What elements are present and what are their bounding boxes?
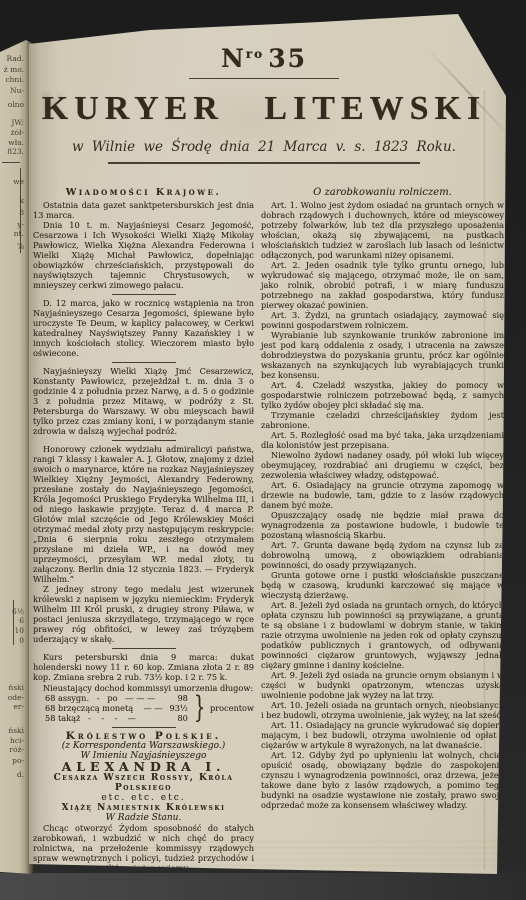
centered-etc-line: etc. etc. etc.	[33, 793, 254, 803]
dateline: w Wilnie we Środę dnia 21 Marca v. s. 18…	[29, 139, 499, 155]
newspaper-title: KURYER LITEWSKI	[29, 90, 499, 128]
facing-page-fragment: ński	[8, 684, 24, 692]
rates-unit-label: procentow	[210, 703, 254, 713]
paragraph: Honorowy członek wydziału admiralicyi pa…	[33, 444, 254, 584]
centered-subheading: W Radzie Stanu.	[33, 813, 254, 823]
scanned-newspaper-background: Rad.ż mo.chni.Nu-olnoJW:żół-wła.823.wek8…	[0, 0, 526, 900]
facing-page-fragment: róż-	[9, 746, 24, 754]
exchange-rates-intro: Nieustający dochod kommissyi umorzenia d…	[33, 683, 254, 693]
article-heading: O zarobkowaniu rolniczem.	[261, 188, 504, 198]
facing-page-fragment: nt.	[14, 230, 24, 238]
exchange-rates-body: 68 assygn. - po — — —9868 brzęczącą mone…	[33, 693, 254, 723]
paragraph: Art. 11. Osiadający na gruncie wykrudowa…	[261, 720, 504, 750]
scan-floor-shadow	[0, 873, 526, 900]
paragraph: Nayjaśnieyszy Wielki Xiążę Jmć Cesarzewi…	[33, 366, 254, 436]
facing-page-fragment: 10	[14, 627, 24, 635]
rate-value: 93½	[170, 703, 188, 713]
facing-page-fragment: chni.	[5, 76, 24, 84]
facing-page-fragment: we	[13, 178, 24, 186]
masthead-rule-short	[189, 78, 339, 79]
facing-page-fragment: d.	[17, 771, 24, 779]
paragraph: Z jedney strony tego medalu jest wizerun…	[33, 584, 254, 644]
paragraph: Art. 9. Jeżeli żyd osiada na gruncie orn…	[261, 670, 504, 700]
facing-page-fragment: hci-	[10, 737, 24, 745]
centered-subheading: (z Korrespondenta Warszawskiego.)	[33, 741, 254, 751]
exchange-rates-rows: 68 assygn. - po — — —9868 brzęczącą mone…	[45, 693, 188, 723]
brace-glyph: }	[194, 693, 205, 723]
paragraph: Art. 3. Żydzi, na gruntach osiadający, z…	[261, 310, 504, 330]
facing-page-edge: Rad.ż mo.chni.Nu-olnoJW:żół-wła.823.wek8…	[0, 0, 34, 900]
paragraph: D. 12 marca, jako w rocznicę wstąpienia …	[33, 298, 254, 358]
facing-page-fragment: 6	[19, 617, 24, 625]
facing-page-fragment: olno	[8, 101, 24, 109]
paragraph: Art. 8. Jeżeli żyd osiada na gruntach or…	[261, 600, 504, 670]
masthead: Nro35 KURYER LITEWSKI w Wilnie we Środę …	[29, 24, 499, 164]
rate-name: 58 takąż - - - —	[45, 713, 136, 723]
exchange-rate-row: 58 takąż - - - —80	[45, 713, 188, 723]
paragraph: Art. 5. Rozległość osad ma być taka, jak…	[261, 430, 504, 450]
rate-value: 98	[177, 693, 187, 703]
paragraph: Ostatnia data gazet sanktpetersburskich …	[33, 200, 254, 220]
right-column: O zarobkowaniu rolniczem.Art. 1. Wolno j…	[261, 188, 504, 810]
paragraph: Art. 12. Gdyby żyd po upłynieniu lat wol…	[261, 750, 504, 810]
centered-heading: Królestwo Polskie.	[33, 731, 254, 741]
paragraph: Kurs petersburski dnia 9 marca: dukat ho…	[33, 652, 254, 682]
rate-name: 68 assygn. - po — — —	[45, 693, 155, 703]
exchange-rates-table: Nieustający dochod kommissyi umorzenia d…	[33, 683, 254, 723]
exchange-rate-row: 68 brzęczącą monetą — —93½	[45, 703, 188, 713]
facing-page-fragment: ż mo.	[4, 66, 24, 74]
section-divider	[112, 362, 176, 363]
facing-page-fragment: Rad.	[7, 55, 24, 63]
facing-page-fragment: żół-	[11, 129, 24, 137]
issue-number: Nro35	[29, 44, 499, 73]
masthead-rule-long	[108, 162, 420, 164]
facing-page-fragment: po-	[12, 757, 24, 765]
section-heading: Wiadomości Krajowe.	[33, 188, 254, 198]
left-column: Wiadomości Krajowe.Ostatnia data gazet s…	[33, 188, 254, 873]
royal-name-heading: ALEXANDRA I.	[33, 762, 254, 772]
centered-title-line: Cesarza Wszech Rossyy, Króla Polskiego	[33, 773, 254, 793]
section-divider	[112, 727, 176, 728]
section-divider	[112, 294, 176, 295]
paragraph: Opuszczający osadę nie będzie miał prawa…	[261, 510, 504, 540]
section-divider	[112, 648, 176, 649]
facing-page-rule	[13, 600, 14, 645]
paragraph: Art. 6. Osiadający na gruncie otrzyma za…	[261, 480, 504, 510]
issue-superscript: ro	[246, 47, 264, 61]
facing-page-fragment: wła.	[8, 139, 24, 147]
issue-value: 35	[268, 44, 307, 73]
facing-page-rule	[20, 168, 21, 253]
facing-page-fragment: er-	[13, 703, 24, 711]
paragraph: Chcąc otworzyć Żydom sposobność do stały…	[33, 823, 254, 873]
facing-page-fragment: 823.	[7, 148, 24, 156]
exchange-rate-row: 68 assygn. - po — — —98	[45, 693, 188, 703]
facing-page-fragment: ński	[8, 727, 24, 735]
paragraph: Wyrabianie lub szynkowanie trunków zabro…	[261, 330, 504, 380]
facing-page-fragment: JW:	[11, 119, 24, 127]
rate-name: 68 brzęczącą monetą — —	[45, 703, 163, 713]
paragraph: Grunta gotowe orne i pustki włościańskie…	[261, 570, 504, 600]
facing-page-fragment: ode-	[8, 694, 24, 702]
centered-title-line: Xiążę Namiestnik Królewski	[33, 803, 254, 813]
paragraph: Niewolno żydowi nadaney osady, pół włoki…	[261, 450, 504, 480]
paragraph: Art. 4. Czeladź wszystka, jakiey do pomo…	[261, 380, 504, 410]
paragraph: Trzymanie czeladzi chrześcijańskiey żydo…	[261, 410, 504, 430]
paragraph: Art. 10. Jeżeli osiada na gruntach ornyc…	[261, 700, 504, 720]
rate-value: 80	[177, 713, 187, 723]
facing-page-rule	[2, 162, 20, 163]
section-divider	[112, 440, 176, 441]
facing-page-fragment: Nu-	[10, 87, 24, 95]
paragraph: Art. 2. Jeden osadnik tyle tylko gruntu …	[261, 260, 504, 310]
newspaper-page: K Nro35 KURYER LITEWSKI w Wilnie we Środ…	[0, 0, 526, 900]
issue-label: N	[221, 44, 246, 73]
paragraph: Art. 1. Wolno jest żydom osiadać na grun…	[261, 200, 504, 260]
paragraph: Art. 7. Grunta dawane będą żydom na czyn…	[261, 540, 504, 570]
facing-page-fragment: 0	[19, 637, 24, 645]
paragraph: Dnia 10 t. m. Nayjaśnieysi Cesarz Jegomo…	[33, 220, 254, 290]
